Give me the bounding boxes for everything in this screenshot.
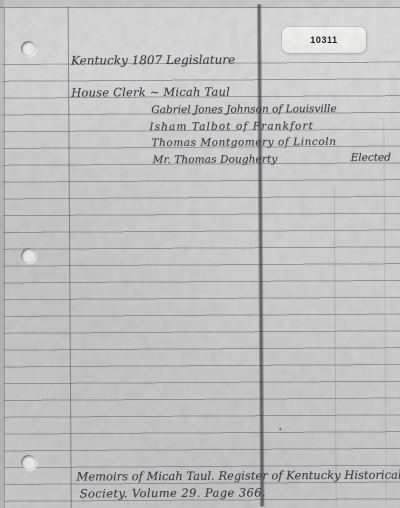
handwriting-candidate-3: Thomas Montgomery of Lincoln [151, 137, 336, 149]
handwriting-candidate-1: Gabriel Jones Johnson of Louisville [151, 104, 336, 116]
handwriting-citation-line-2: Society. Volume 29. Page 366. [80, 487, 266, 500]
handwriting-elected-note: Elected [351, 153, 391, 164]
handwriting-house-clerk: House Clerk ~ Micah Taul [71, 87, 230, 99]
paper-speck [279, 428, 281, 430]
punch-hole-middle [21, 248, 36, 263]
handwriting-title: Kentucky 1807 Legislature [71, 54, 235, 67]
scanned-notebook-page: Kentucky 1807 Legislature House Clerk ~ … [0, 0, 400, 508]
punch-hole-top [21, 41, 36, 56]
photocopy-content-layer: Kentucky 1807 Legislature House Clerk ~ … [0, 0, 400, 508]
handwriting-citation-line-1: Memoirs of Micah Taul. Register of Kentu… [76, 470, 400, 483]
catalog-number-text: 10311 [310, 35, 338, 45]
catalog-number-label: 10311 [282, 27, 366, 53]
handwriting-candidate-4: Mr. Thomas Dougherty [153, 154, 278, 165]
handwriting-candidate-2: Isham Talbot of Frankfort [149, 121, 314, 133]
punch-hole-bottom [21, 455, 36, 470]
